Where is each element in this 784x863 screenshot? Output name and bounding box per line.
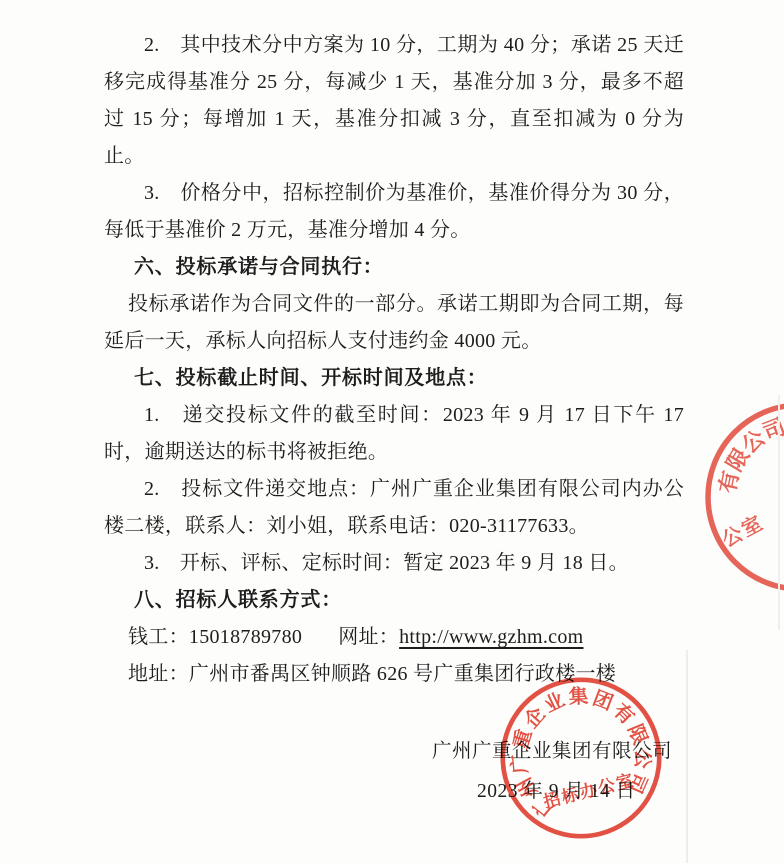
website-link[interactable]: http://www.gzhm.com [399,626,583,648]
paragraph-submit-place: 2. 投标文件递交地点：广州广重企业集团有限公司内办公楼二楼，联系人：刘小姐，联… [104,471,684,545]
signature-company-name: 广州广重企业集团有限公司 [432,735,672,763]
svg-text:公: 公 [737,424,771,458]
scan-artifact-line [778,395,780,630]
paragraph-tech-score: 2. 其中技术分中方案为 10 分，工期为 40 分；承诺 25 天迁移完成得基… [104,27,684,175]
paragraph-promise: 投标承诺作为合同文件的一部分。承诺工期即为合同工期，每延后一天，承标人向招标人支… [104,286,684,360]
paragraph-open-time: 3. 开标、评标、定标时间：暂定 2023 年 9 月 18 日。 [104,545,684,582]
document-page: 2. 其中技术分中方案为 10 分，工期为 40 分；承诺 25 天迁移完成得基… [0,0,784,863]
svg-text:司: 司 [759,414,784,445]
svg-text:限: 限 [722,444,755,476]
heading-section-7: 七、投标截止时间、开标时间及地点： [104,360,684,397]
svg-text:企: 企 [520,702,550,732]
signature-date: 2023 年 9 月 14 日 [477,775,636,803]
contact-line: 钱工：15018789780网址：http://www.gzhm.com [104,619,684,656]
heading-section-8: 八、招标人联系方式： [104,582,684,619]
scanned-tender-document: { "document": { "items": { "tech_score":… [0,0,784,863]
paragraph-address: 地址：广州市番禺区钟顺路 626 号广重集团行政楼一楼 [104,656,684,693]
scan-artifact-line [686,650,688,863]
website-label: 网址： [338,626,399,648]
paragraph-price-score: 3. 价格分中，招标控制价为基准价，基准价得分为 30 分，每低于基准价 2 万… [104,175,684,249]
paragraph-deadline: 1. 递交投标文件的截至时间：2023 年 9 月 17 日下午 17 时，逾期… [104,397,684,471]
svg-text:有: 有 [715,469,744,496]
svg-text:有: 有 [609,699,639,729]
contact-phone: 钱工：15018789780 [128,626,302,648]
svg-text:公室: 公室 [718,510,768,552]
edge-seal-ring [708,405,784,589]
heading-section-6: 六、投标承诺与合同执行： [104,249,684,286]
edge-seal-stamp: 有限公司公室 [700,397,784,597]
